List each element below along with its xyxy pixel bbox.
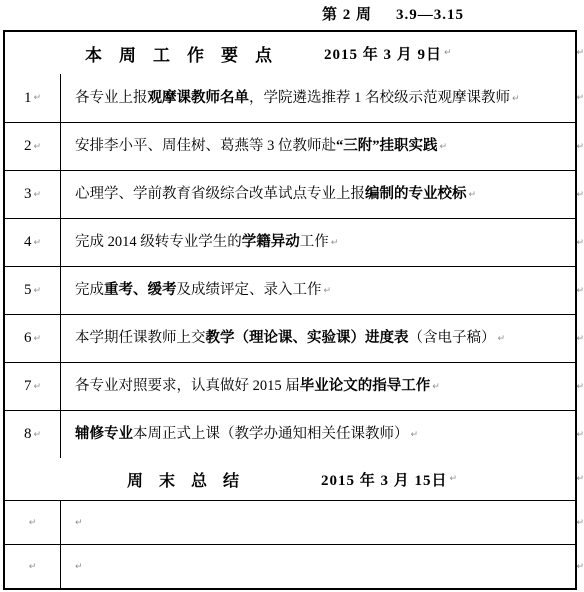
task-row: 6↵ 本学期任课教师上交教学（理论课、实验课）进度表（含电子稿）↵ ↵ bbox=[5, 314, 575, 362]
paragraph-mark: ↵ bbox=[29, 518, 37, 528]
paragraph-mark: ↵ bbox=[33, 334, 41, 344]
row-number: 2 bbox=[24, 138, 32, 155]
empty-row: ↵ ↵ ↵ bbox=[5, 500, 575, 544]
text-segment: 教学（理论课、实验课）进度表 bbox=[206, 330, 409, 346]
text-segment: （含电子稿） bbox=[409, 330, 496, 346]
document-title: 第 2 周3.9—3.15 bbox=[322, 3, 464, 24]
row-number-cell: 3↵ bbox=[5, 171, 61, 218]
paragraph-mark: ↵ bbox=[29, 562, 37, 572]
row-number-cell: 1↵ bbox=[5, 74, 61, 122]
text-segment: “三附”挂职实践 bbox=[336, 138, 438, 154]
paragraph-mark: ↵ bbox=[33, 238, 41, 248]
text-segment: 本学期任课教师上交 bbox=[75, 330, 206, 346]
task-row: 5↵ 完成重考、缓考及成绩评定、录入工作↵ ↵ bbox=[5, 266, 575, 314]
header-date: 2015 年 3 月 9日 bbox=[324, 43, 442, 64]
row-number-cell: 8↵ bbox=[5, 411, 61, 458]
paragraph-mark: ↵ bbox=[576, 142, 584, 152]
paragraph-mark: ↵ bbox=[469, 190, 477, 201]
summary-date: 2015 年 3 月 15日 bbox=[321, 469, 448, 490]
text-segment: 完成 bbox=[75, 282, 104, 298]
row-text: 辅修专业本周正式上课（教学办通知相关任课教师）↵ bbox=[61, 425, 575, 443]
page: { "page": { "pilcrow": "↵" }, "title": {… bbox=[0, 0, 584, 592]
text-segment: 各专业上报 bbox=[75, 90, 148, 106]
text-segment: 学籍异动 bbox=[242, 234, 300, 250]
paragraph-mark: ↵ bbox=[576, 334, 584, 344]
row-number-cell: ↵ bbox=[5, 545, 61, 588]
paragraph-mark: ↵ bbox=[444, 48, 452, 58]
task-row: 1↵ 各专业上报观摩课教师名单，学院遴选推荐 1 名校级示范观摩课教师↵ ↵ bbox=[5, 74, 575, 122]
paragraph-mark: ↵ bbox=[576, 286, 584, 296]
paragraph-mark: ↵ bbox=[33, 430, 41, 440]
paragraph-mark: ↵ bbox=[33, 142, 41, 152]
paragraph-mark: ↵ bbox=[324, 286, 332, 297]
text-segment: 编制的专业校标 bbox=[365, 186, 467, 202]
paragraph-mark: ↵ bbox=[331, 238, 339, 249]
paragraph-mark: ↵ bbox=[576, 48, 584, 58]
paragraph-mark: ↵ bbox=[576, 238, 584, 248]
paragraph-mark: ↵ bbox=[576, 474, 584, 484]
task-row: 4↵ 完成 2014 级转专业学生的学籍异动工作↵ ↵ bbox=[5, 218, 575, 266]
text-segment: 本周正式上课（教学办通知相关任课教师） bbox=[133, 426, 409, 442]
row-number: 1 bbox=[24, 90, 32, 107]
paragraph-mark: ↵ bbox=[432, 382, 440, 393]
paragraph-mark: ↵ bbox=[33, 286, 41, 296]
row-text-cell: ↵ bbox=[61, 514, 575, 532]
row-number-cell: 5↵ bbox=[5, 267, 61, 314]
task-row: 2↵ 安排李小平、周佳树、葛燕等 3 位教师赴“三附”挂职实践↵ ↵ bbox=[5, 122, 575, 170]
text-segment: 毕业论文的指导工作 bbox=[300, 378, 431, 394]
text-segment: 观摩课教师名单 bbox=[148, 90, 250, 106]
row-text-cell: ↵ bbox=[61, 558, 575, 576]
header-row: 本 周 工 作 要 点 2015 年 3 月 9日 ↵ ↵ bbox=[5, 32, 575, 74]
row-number: 3 bbox=[24, 186, 32, 203]
row-number-cell: 7↵ bbox=[5, 363, 61, 410]
summary-title: 周 末 总 结 bbox=[127, 468, 239, 491]
row-text: 本学期任课教师上交教学（理论课、实验课）进度表（含电子稿）↵ bbox=[61, 329, 575, 347]
paragraph-mark: ↵ bbox=[576, 518, 584, 528]
paragraph-mark: ↵ bbox=[33, 382, 41, 392]
row-number: 8 bbox=[24, 426, 32, 443]
paragraph-mark: ↵ bbox=[75, 518, 83, 529]
paragraph-mark: ↵ bbox=[440, 142, 448, 153]
row-number-cell: ↵ bbox=[5, 501, 61, 544]
text-segment: 完成 2014 级转专业学生的 bbox=[75, 234, 242, 250]
text-segment: 心理学、学前教育省级综合改革试点专业上报 bbox=[75, 186, 365, 202]
text-segment: 重考、缓考 bbox=[104, 282, 177, 298]
row-number: 5 bbox=[24, 282, 32, 299]
row-text: 心理学、学前教育省级综合改革试点专业上报编制的专业校标↵ bbox=[61, 185, 575, 203]
paragraph-mark: ↵ bbox=[33, 93, 41, 103]
paragraph-mark: ↵ bbox=[498, 334, 506, 345]
paragraph-mark: ↵ bbox=[75, 562, 83, 573]
date-range: 3.9—3.15 bbox=[396, 7, 464, 23]
paragraph-mark: ↵ bbox=[576, 190, 584, 200]
task-row: 7↵ 各专业对照要求，认真做好 2015 届毕业论文的指导工作↵ ↵ bbox=[5, 362, 575, 410]
row-text: 各专业对照要求，认真做好 2015 届毕业论文的指导工作↵ bbox=[61, 377, 575, 395]
text-segment: 安排李小平、周佳树、葛燕等 3 位教师赴 bbox=[75, 138, 336, 154]
paragraph-mark: ↵ bbox=[576, 430, 584, 440]
row-text: 各专业上报观摩课教师名单，学院遴选推荐 1 名校级示范观摩课教师↵ bbox=[61, 89, 575, 107]
text-segment: 各专业对照要求，认真做好 2015 届 bbox=[75, 378, 300, 394]
week-number: 第 2 周 bbox=[322, 7, 372, 23]
text-segment: 辅修专业 bbox=[75, 426, 133, 442]
empty-row: ↵ ↵ ↵ bbox=[5, 544, 575, 588]
task-row: 8↵ 辅修专业本周正式上课（教学办通知相关任课教师）↵ ↵ bbox=[5, 410, 575, 458]
paragraph-mark: ↵ bbox=[33, 190, 41, 200]
text-segment: ，学院遴选推荐 1 名校级示范观摩课教师 bbox=[249, 90, 510, 106]
row-text: 安排李小平、周佳树、葛燕等 3 位教师赴“三附”挂职实践↵ bbox=[61, 137, 575, 155]
row-number-cell: 4↵ bbox=[5, 219, 61, 266]
row-text: 完成 2014 级转专业学生的学籍异动工作↵ bbox=[61, 233, 575, 251]
header-title: 本 周 工 作 要 点 bbox=[85, 41, 272, 66]
paragraph-mark: ↵ bbox=[411, 430, 419, 441]
row-number: 4 bbox=[24, 234, 32, 251]
paragraph-mark: ↵ bbox=[512, 94, 520, 105]
row-number-cell: 6↵ bbox=[5, 315, 61, 362]
row-number: 7 bbox=[24, 378, 32, 395]
summary-row: 周 末 总 结 2015 年 3 月 15日 ↵ ↵ bbox=[5, 458, 575, 500]
row-text: 完成重考、缓考及成绩评定、录入工作↵ bbox=[61, 281, 575, 299]
paragraph-mark: ↵ bbox=[450, 474, 458, 484]
paragraph-mark: ↵ bbox=[576, 562, 584, 572]
row-number-cell: 2↵ bbox=[5, 123, 61, 170]
row-number: 6 bbox=[24, 330, 32, 347]
paragraph-mark: ↵ bbox=[576, 93, 584, 103]
text-segment: 工作 bbox=[300, 234, 329, 250]
text-segment: 及成绩评定、录入工作 bbox=[177, 282, 322, 298]
task-row: 3↵ 心理学、学前教育省级综合改革试点专业上报编制的专业校标↵ ↵ bbox=[5, 170, 575, 218]
paragraph-mark: ↵ bbox=[576, 382, 584, 392]
weekly-plan-table: 本 周 工 作 要 点 2015 年 3 月 9日 ↵ ↵ 1↵ 各专业上报观摩… bbox=[3, 30, 577, 590]
